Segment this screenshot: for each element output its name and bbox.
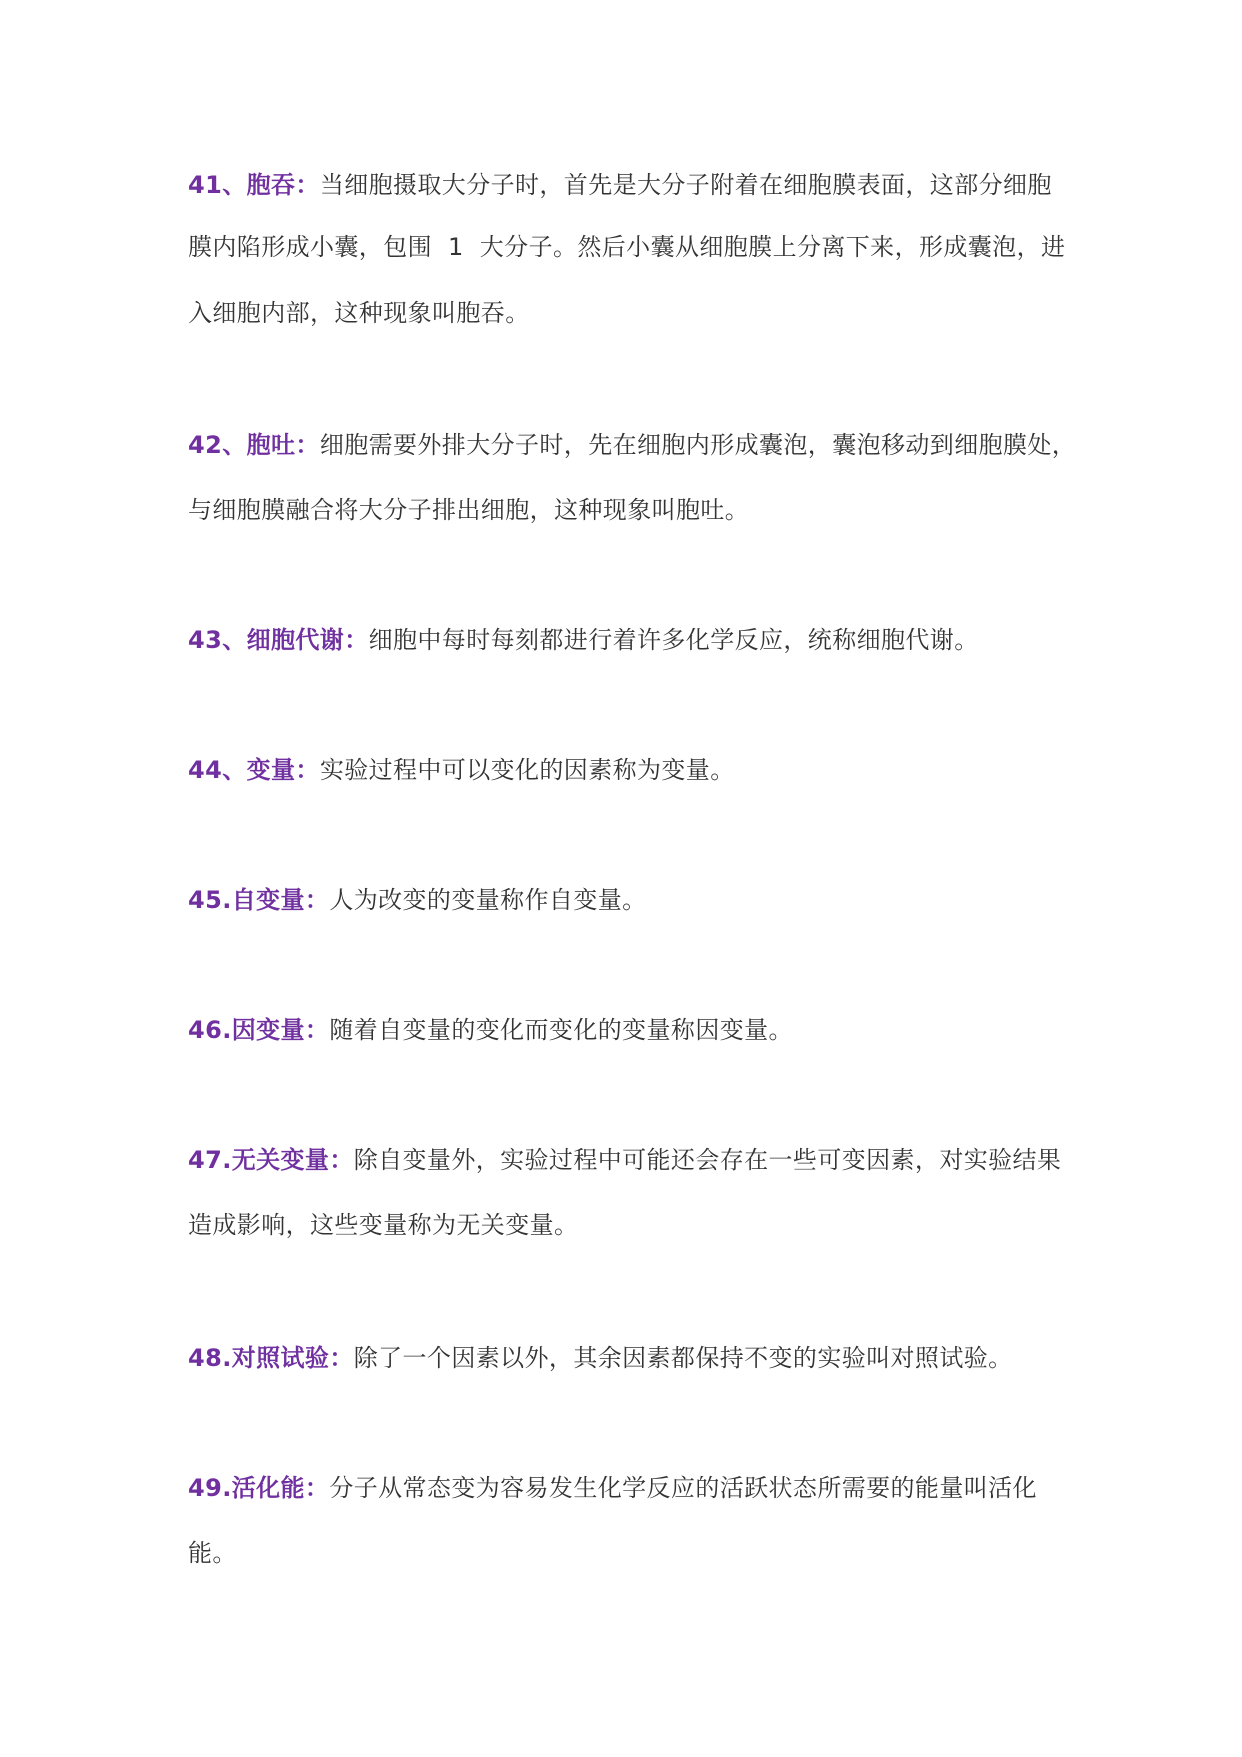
entry-line: 42、胞吐：细胞需要外排大分子时，先在细胞内形成囊泡，囊泡移动到细胞膜处， (188, 429, 1068, 461)
entry-line: 44、变量：实验过程中可以变化的因素称为变量。 (188, 754, 1068, 786)
term-number: 41、 (188, 171, 247, 199)
term-title: 活化能： (232, 1474, 330, 1502)
entry-line: 入细胞内部，这种现象叫胞吞。 (188, 297, 1068, 329)
definition-text: 造成影响，这些变量称为无关变量。 (188, 1211, 578, 1239)
entry-line: 48.对照试验：除了一个因素以外，其余因素都保持不变的实验叫对照试验。 (188, 1342, 1068, 1374)
term-number: 45. (188, 886, 232, 914)
term-title: 因变量： (232, 1016, 330, 1044)
term-number: 47. (188, 1146, 232, 1174)
definition-text: 实验过程中可以变化的因素称为变量。 (320, 756, 735, 784)
definition-text: 分子从常态变为容易发生化学反应的活跃状态所需要的能量叫活化 (329, 1474, 1037, 1502)
document-page: 41、胞吞：当细胞摄取大分子时，首先是大分子附着在细胞膜表面，这部分细胞 膜内陷… (0, 0, 1242, 1757)
entry-line: 膜内陷形成小囊，包围 1 大分子。然后小囊从细胞膜上分离下来，形成囊泡，进 (188, 231, 1068, 263)
definition-text: 除了一个因素以外，其余因素都保持不变的实验叫对照试验。 (354, 1344, 1013, 1372)
definition-text: 细胞需要外排大分子时，先在细胞内形成囊泡，囊泡移动到细胞膜处， (320, 431, 1076, 459)
term-title: 对照试验： (232, 1344, 354, 1372)
definition-text: 除自变量外，实验过程中可能还会存在一些可变因素，对实验结果 (354, 1146, 1062, 1174)
definition-text: 当细胞摄取大分子时，首先是大分子附着在细胞膜表面，这部分细胞 (320, 171, 1052, 199)
term-title: 变量： (247, 756, 320, 784)
entry-line: 与细胞膜融合将大分子排出细胞，这种现象叫胞吐。 (188, 494, 1068, 526)
term-title: 胞吐： (247, 431, 320, 459)
definition-text: 入细胞内部，这种现象叫胞吞。 (188, 299, 530, 327)
entry-line: 46.因变量：随着自变量的变化而变化的变量称因变量。 (188, 1014, 1068, 1046)
term-number: 48. (188, 1344, 232, 1372)
term-title: 胞吞： (247, 171, 320, 199)
term-title: 自变量： (232, 886, 330, 914)
entry-line: 47.无关变量：除自变量外，实验过程中可能还会存在一些可变因素，对实验结果 (188, 1144, 1068, 1176)
entry-line: 能。 (188, 1537, 1068, 1569)
definition-text: 人为改变的变量称作自变量。 (329, 886, 646, 914)
entry-line: 造成影响，这些变量称为无关变量。 (188, 1209, 1068, 1241)
term-number: 42、 (188, 431, 247, 459)
term-number: 49. (188, 1474, 232, 1502)
definition-text: 细胞中每时每刻都进行着许多化学反应，统称细胞代谢。 (369, 626, 979, 654)
term-number: 46. (188, 1016, 232, 1044)
definition-text: 膜内陷形成小囊，包围 1 大分子。然后小囊从细胞膜上分离下来，形成囊泡，进 (188, 233, 1065, 261)
entry-line: 49.活化能：分子从常态变为容易发生化学反应的活跃状态所需要的能量叫活化 (188, 1472, 1068, 1504)
definition-text: 与细胞膜融合将大分子排出细胞，这种现象叫胞吐。 (188, 496, 749, 524)
term-number: 44、 (188, 756, 247, 784)
definition-text: 能。 (188, 1539, 237, 1567)
term-title: 细胞代谢： (247, 626, 369, 654)
entry-line: 45.自变量：人为改变的变量称作自变量。 (188, 884, 1068, 916)
term-number: 43、 (188, 626, 247, 654)
entry-line: 41、胞吞：当细胞摄取大分子时，首先是大分子附着在细胞膜表面，这部分细胞 (188, 169, 1068, 201)
term-title: 无关变量： (232, 1146, 354, 1174)
entry-line: 43、细胞代谢：细胞中每时每刻都进行着许多化学反应，统称细胞代谢。 (188, 624, 1068, 656)
definition-text: 随着自变量的变化而变化的变量称因变量。 (329, 1016, 793, 1044)
